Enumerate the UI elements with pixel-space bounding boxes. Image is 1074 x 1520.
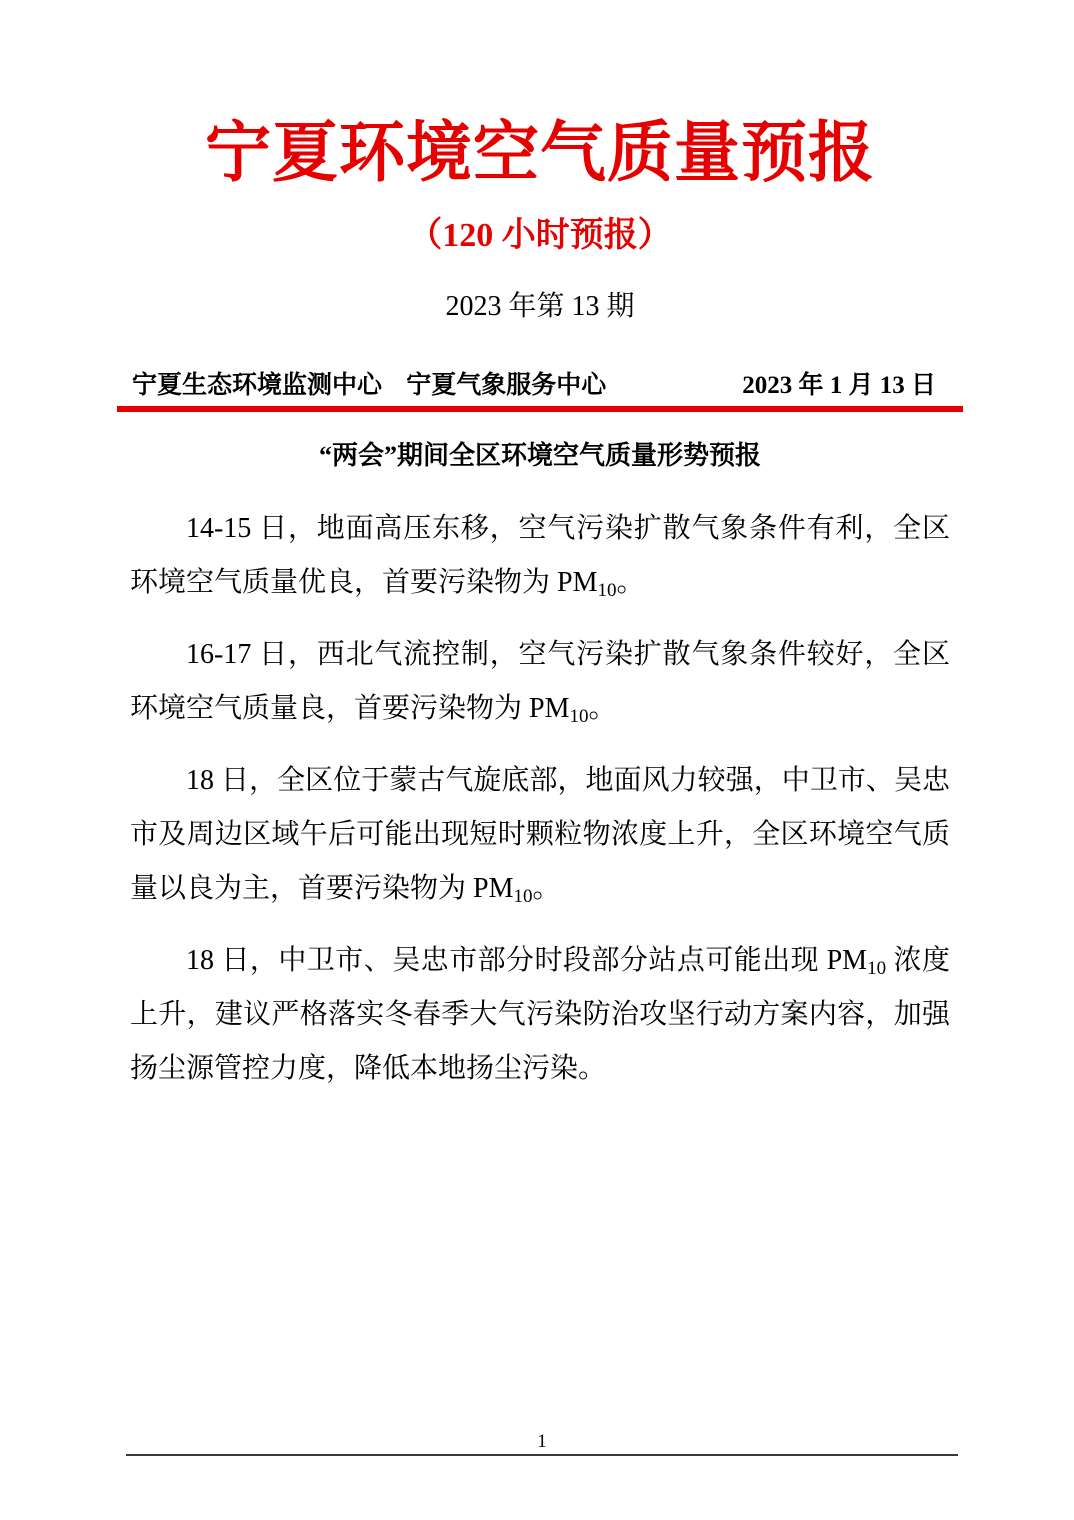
section-heading: “两会”期间全区环境空气质量形势预报 [130, 438, 950, 474]
document-page: 宁夏环境空气质量预报 （120 小时预报） 2023 年第 13 期 宁夏生态环… [0, 0, 1074, 1520]
paragraph: 18 日，中卫市、吴忠市部分时段部分站点可能出现 PM10 浓度上升，建议严格落… [130, 934, 950, 1096]
org-name-monitoring-center: 宁夏生态环境监测中心 [132, 372, 382, 399]
body-text: 14-15 日，地面高压东移，空气污染扩散气象条件有利，全区环境空气质量优良，首… [130, 502, 950, 1096]
paragraph: 16-17 日，西北气流控制，空气污染扩散气象条件较好，全区环境空气质量良，首要… [130, 628, 950, 736]
page-number: 1 [126, 1432, 958, 1452]
paragraph: 18 日，全区位于蒙古气旋底部，地面风力较强，中卫市、吴忠市及周边区域午后可能出… [130, 754, 950, 916]
org-name-weather-center: 宁夏气象服务中心 [406, 372, 606, 399]
subscript: 10 [597, 580, 616, 601]
issue-line: 2023 年第 13 期 [130, 288, 950, 326]
masthead-row: 宁夏生态环境监测中心 宁夏气象服务中心 2023 年 1 月 13 日 [130, 370, 950, 402]
subscript: 10 [569, 706, 588, 727]
footer-divider-line [126, 1454, 958, 1456]
doc-title: 宁夏环境空气质量预报 [130, 0, 950, 196]
paragraph: 14-15 日，地面高压东移，空气污染扩散气象条件有利，全区环境空气质量优良，首… [130, 502, 950, 610]
issue-date: 2023 年 1 月 13 日 [742, 370, 936, 402]
page-footer: 1 [126, 1432, 958, 1456]
doc-subtitle: （120 小时预报） [130, 214, 950, 258]
subscript: 10 [513, 886, 532, 907]
document-content: 宁夏环境空气质量预报 （120 小时预报） 2023 年第 13 期 宁夏生态环… [0, 0, 1074, 1096]
red-divider-rule [117, 406, 963, 412]
issuing-organizations: 宁夏生态环境监测中心 宁夏气象服务中心 [132, 370, 606, 402]
subscript: 10 [867, 958, 886, 979]
